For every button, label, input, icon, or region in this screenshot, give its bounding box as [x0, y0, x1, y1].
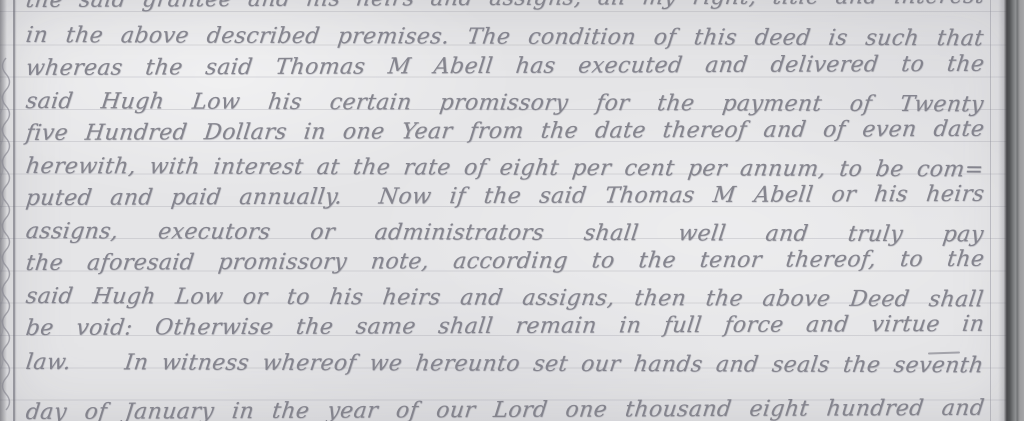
handwriting-line: the aforesaid promissory note, according…	[24, 245, 986, 279]
handwriting-line: puted and paid annually. Now if the said…	[24, 180, 986, 214]
handwritten-text-block: the said grantee and his heirs and assig…	[0, 0, 1024, 421]
book-gutter-page-edge	[998, 0, 1024, 421]
scanned-deed-record-page: the said grantee and his heirs and assig…	[0, 0, 1024, 421]
handwriting-line: law. In witness whereof we hereunto set …	[24, 348, 985, 381]
handwriting-line: the said grantee and his heirs and assig…	[24, 0, 986, 16]
handwriting-line: five Hundred Dollars in one Year from th…	[24, 115, 986, 149]
handwriting-line: whereas the said Thomas M Abell has exec…	[24, 50, 986, 84]
handwriting-line: in the above described premises. The con…	[24, 21, 985, 54]
handwriting-line: day of January in the year of our Lord o…	[24, 394, 986, 421]
handwriting-line: be void: Otherwise the same shall remain…	[24, 310, 986, 344]
